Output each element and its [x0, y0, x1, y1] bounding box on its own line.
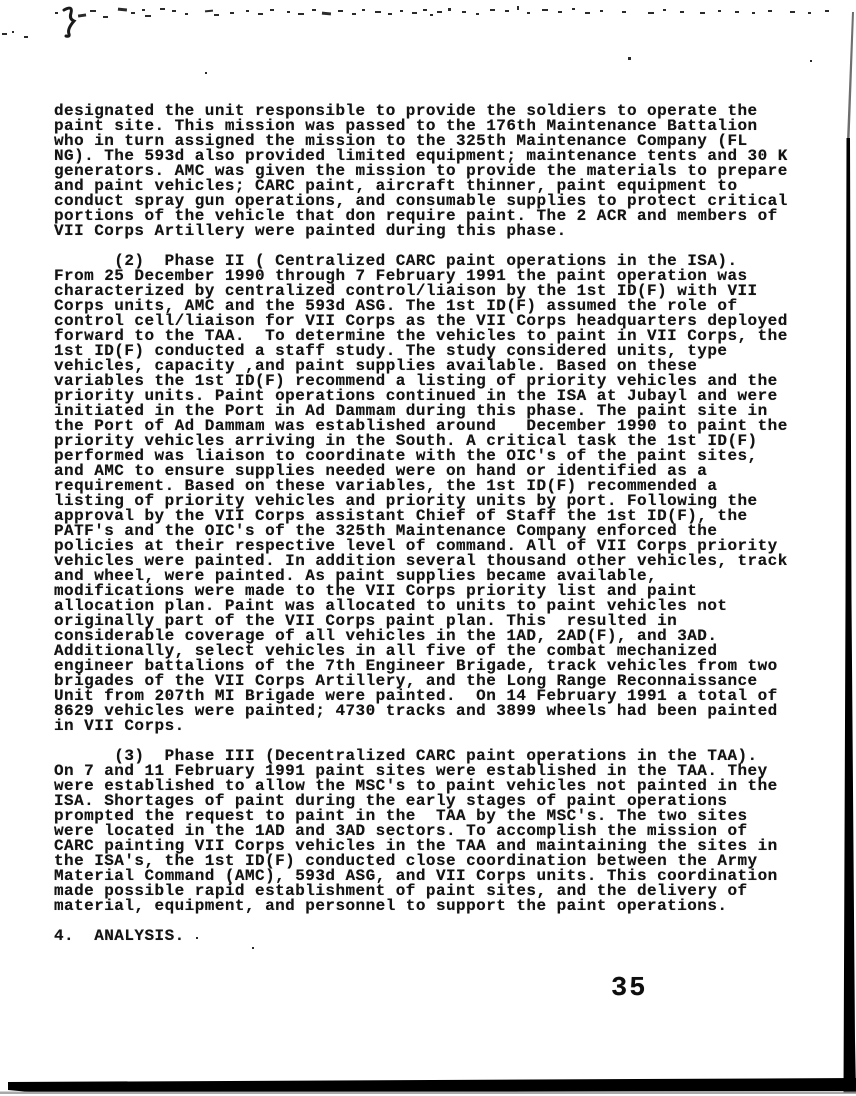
scan-squiggle-artifact — [64, 8, 74, 36]
page-number: 35 — [611, 974, 647, 1004]
scan-border-right — [844, 138, 856, 1093]
paragraph-phase-1-continuation: designated the unit responsible to provi… — [54, 104, 824, 239]
scan-border-right-thin — [847, 12, 854, 140]
document-page: designated the unit responsible to provi… — [0, 0, 856, 1096]
paragraph-phase-3: (3) Phase III (Decentralized CARC paint … — [54, 749, 824, 914]
document-body: designated the unit responsible to provi… — [54, 104, 824, 959]
scan-border-bottom-fringe — [0, 1092, 856, 1095]
scanned-document-screenshot: { "document": { "paragraphs": [ { "name"… — [0, 0, 856, 1096]
paragraph-phase-2: (2) Phase II ( Centralized CARC paint op… — [54, 254, 824, 734]
section-heading-analysis: 4. ANALYSIS. — [54, 929, 824, 944]
scan-border-bottom — [8, 1078, 856, 1092]
